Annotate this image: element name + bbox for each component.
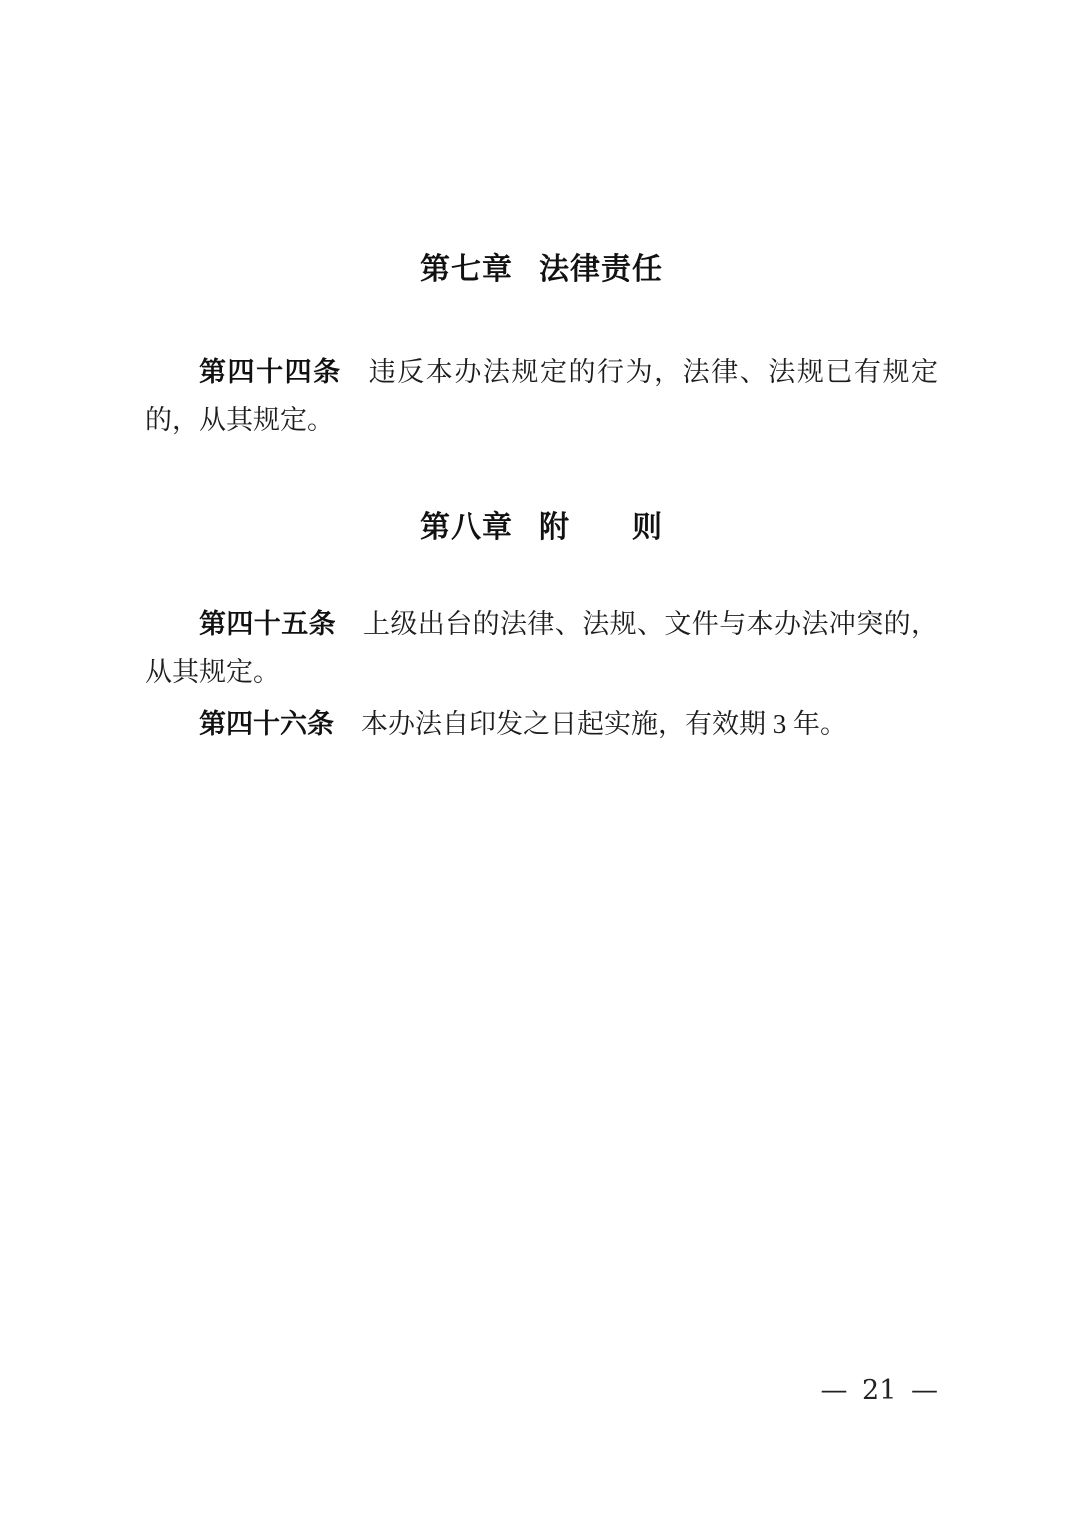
chapter-7-label: 第七章: [420, 253, 513, 286]
article-45-number: 第四十五条: [199, 609, 336, 639]
page-number: — 21 —: [820, 1376, 938, 1406]
article-44-line-1: 第四十四条违反本办法规定的行为，法律、法规已有规定: [145, 348, 938, 396]
chapter-7-heading: 第七章法律责任: [145, 252, 938, 288]
chapter-7-title: 法律责任: [539, 253, 663, 286]
article-44-line-2: 的，从其规定。: [145, 396, 938, 444]
document-content: 第七章法律责任 第四十四条违反本办法规定的行为，法律、法规已有规定 的，从其规定…: [145, 0, 938, 748]
article-45-line-1: 第四十五条上级出台的法律、法规、文件与本办法冲突的，: [145, 600, 938, 648]
chapter-8-title: 附 则: [539, 511, 663, 544]
chapter-8-label: 第八章: [420, 511, 513, 544]
article-44: 第四十四条违反本办法规定的行为，法律、法规已有规定 的，从其规定。: [145, 348, 938, 444]
article-44-number: 第四十四条: [199, 357, 342, 387]
article-46-line-1: 第四十六条本办法自印发之日起实施，有效期 3 年。: [145, 700, 938, 748]
article-44-text-line-1: 违反本办法规定的行为，法律、法规已有规定: [369, 357, 938, 387]
article-46-text-line-1: 本办法自印发之日起实施，有效期 3 年。: [361, 709, 847, 739]
article-45-line-2: 从其规定。: [145, 648, 938, 696]
article-46: 第四十六条本办法自印发之日起实施，有效期 3 年。: [145, 700, 938, 748]
article-45-text-line-1: 上级出台的法律、法规、文件与本办法冲突的，: [363, 609, 938, 639]
article-45: 第四十五条上级出台的法律、法规、文件与本办法冲突的， 从其规定。: [145, 600, 938, 696]
document-page: 第七章法律责任 第四十四条违反本办法规定的行为，法律、法规已有规定 的，从其规定…: [0, 0, 1074, 1520]
chapter-8-heading: 第八章附 则: [145, 510, 938, 546]
article-46-number: 第四十六条: [199, 709, 334, 739]
